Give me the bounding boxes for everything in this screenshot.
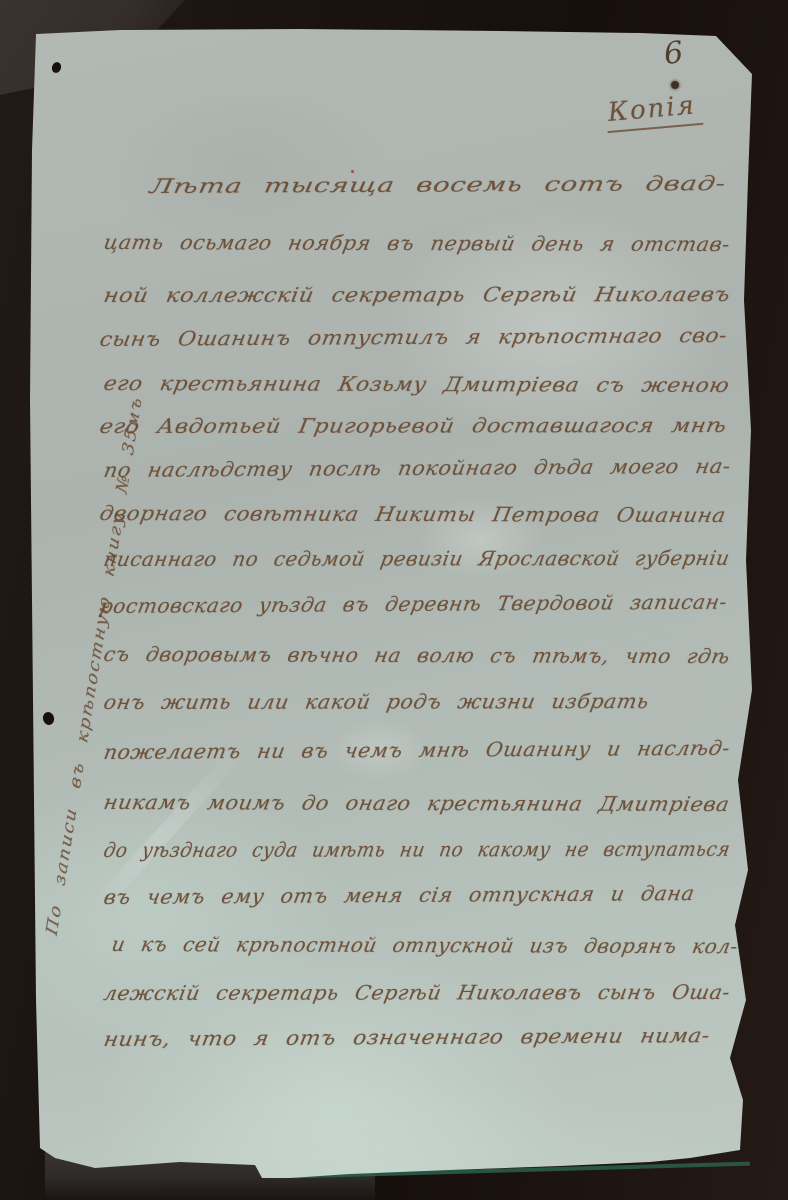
handwritten-line: и къ сей крѣпостной отпускной изъ дворян… xyxy=(110,932,740,958)
archival-photo: Лѣта тысяща восемь сотъ двад- цать осьма… xyxy=(0,0,788,1200)
handwritten-line: съ дворовымъ вѣчно на волю съ тѣмъ, что … xyxy=(102,642,732,668)
handwritten-line: по наслѣдству послѣ покойнаго дѣда моего… xyxy=(102,454,733,482)
handwritten-line: его Авдотьей Григорьевой доставшагося мн… xyxy=(98,413,729,438)
handwritten-line: сынъ Ошанинъ отпустилъ я крѣпостнаго сво… xyxy=(98,323,729,351)
ink-speck xyxy=(351,170,354,173)
handwritten-line: писаннаго по седьмой ревизіи Ярославской… xyxy=(102,546,732,571)
handwritten-line: Лѣта тысяща восемь сотъ двад- xyxy=(148,171,728,198)
manuscript-body: Лѣта тысяща восемь сотъ двад- цать осьма… xyxy=(0,0,788,1200)
ink-blot xyxy=(671,81,679,89)
handwritten-line: пожелаетъ ни въ чемъ мнѣ Ошанину и наслѣ… xyxy=(102,736,732,764)
handwritten-line: лежскій секретарь Сергѣй Николаевъ сынъ … xyxy=(102,980,732,1005)
handwritten-line: его крестьянина Козьму Дмитріева съ жено… xyxy=(102,371,732,397)
handwritten-line: до уѣзднаго суда имѣть ни по какому не в… xyxy=(102,837,732,862)
page-number: 6 xyxy=(662,35,685,72)
handwritten-line: дворнаго совѣтника Никиты Петрова Ошанин… xyxy=(98,501,728,527)
handwritten-line: нинъ, что я отъ означеннаго времени нима… xyxy=(102,1023,712,1051)
handwritten-line: ростовскаго уѣзда въ деревнѣ Твердовой з… xyxy=(98,590,729,618)
handwritten-line: ной коллежскій секретарь Сергѣй Николаев… xyxy=(102,282,732,307)
handwritten-line: цать осьмаго ноября въ первый день я отс… xyxy=(102,230,732,256)
handwritten-line: никамъ моимъ до онаго крестьянина Дмитрі… xyxy=(102,790,732,816)
handwritten-line: онъ жить или какой родъ жизни избрать xyxy=(102,689,651,714)
handwritten-line: въ чемъ ему отъ меня сія отпускная и дан… xyxy=(102,881,697,909)
